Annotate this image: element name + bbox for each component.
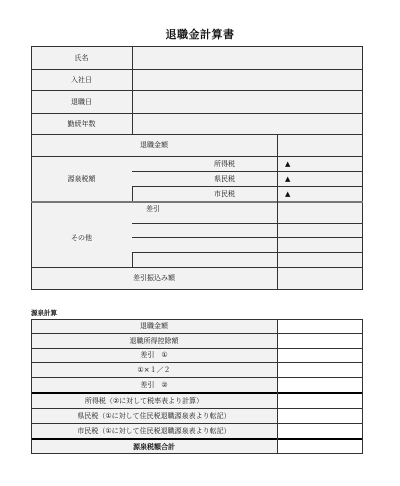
document-title: 退職金計算書 xyxy=(0,26,400,42)
calc-municipal-tax-value[interactable] xyxy=(277,423,362,438)
other-item-2-label[interactable] xyxy=(132,223,277,237)
prefectural-tax-label: 県民税 xyxy=(132,171,277,186)
border xyxy=(31,46,363,47)
calc-retirement-amount-value[interactable] xyxy=(277,319,362,333)
calc-income-tax-value[interactable] xyxy=(277,394,362,408)
calc-total-label: 源泉税額合計 xyxy=(31,440,277,453)
border xyxy=(132,171,363,172)
name-label: 氏名 xyxy=(31,46,132,69)
border xyxy=(31,267,363,268)
section-label: 源泉計算 xyxy=(31,308,57,317)
border xyxy=(31,438,363,440)
border xyxy=(31,362,363,363)
calc-half-value[interactable] xyxy=(277,362,362,377)
border xyxy=(31,90,363,91)
border xyxy=(277,134,278,290)
border xyxy=(132,237,363,238)
border xyxy=(31,201,363,203)
border xyxy=(31,319,32,454)
years-of-service-label: 勤続年数 xyxy=(31,113,132,134)
border xyxy=(31,289,363,290)
calc-deduction-value[interactable] xyxy=(277,333,362,348)
calc-half-label: ①×１／２ xyxy=(31,362,277,377)
prefectural-tax-value[interactable]: ▲ xyxy=(277,171,362,186)
border xyxy=(31,453,363,454)
other-label: その他 xyxy=(31,201,132,267)
border xyxy=(31,46,32,290)
years-of-service-value[interactable] xyxy=(132,113,362,134)
deduction-label: 差引 xyxy=(132,201,277,223)
retirement-amount-value[interactable] xyxy=(277,134,362,156)
border xyxy=(362,46,363,290)
border xyxy=(132,223,363,224)
other-item-4-label[interactable] xyxy=(132,252,277,267)
border xyxy=(31,423,363,424)
retire-date-value[interactable] xyxy=(132,90,362,113)
border xyxy=(31,69,363,70)
name-value[interactable] xyxy=(132,46,362,69)
border xyxy=(31,134,363,135)
calc-diff1-label: 差引 ① xyxy=(31,348,277,362)
border xyxy=(132,46,133,134)
calc-prefectural-tax-value[interactable] xyxy=(277,408,362,423)
calc-diff1-value[interactable] xyxy=(277,348,362,362)
border xyxy=(31,408,363,409)
deduction-value[interactable] xyxy=(277,201,362,223)
calc-retirement-amount-label: 退職金額 xyxy=(31,319,277,333)
income-tax-value[interactable]: ▲ xyxy=(277,156,362,171)
border xyxy=(132,252,133,267)
border xyxy=(31,377,363,378)
calc-income-tax-label: 所得税（②に対して税率表より計算） xyxy=(31,394,277,408)
withholding-label: 源泉税額 xyxy=(31,156,132,201)
calc-diff2-value[interactable] xyxy=(277,377,362,392)
calc-total-value[interactable] xyxy=(277,440,362,453)
border xyxy=(31,113,363,114)
net-transfer-label: 差引振込み額 xyxy=(31,267,277,289)
municipal-tax-label: 市民税 xyxy=(132,186,277,201)
border xyxy=(132,186,363,187)
border xyxy=(31,156,363,157)
hire-date-value[interactable] xyxy=(132,69,362,90)
border xyxy=(277,319,278,454)
other-item-3-value[interactable] xyxy=(277,237,362,252)
retirement-amount-label: 退職金額 xyxy=(31,134,277,156)
border xyxy=(362,319,363,454)
border xyxy=(132,252,363,253)
border xyxy=(31,319,363,320)
border xyxy=(31,392,363,394)
income-tax-label: 所得税 xyxy=(132,156,277,171)
hire-date-label: 入社日 xyxy=(31,69,132,90)
other-item-2-value[interactable] xyxy=(277,223,362,237)
calc-prefectural-tax-label: 県民税（①に対して住民税退職源泉表より転記） xyxy=(31,408,277,423)
border xyxy=(31,333,363,334)
border xyxy=(31,348,363,349)
calc-diff2-label: 差引 ② xyxy=(31,377,277,392)
municipal-tax-value[interactable]: ▲ xyxy=(277,186,362,201)
other-item-3-label[interactable] xyxy=(132,237,277,252)
net-transfer-value[interactable] xyxy=(277,267,362,289)
calc-deduction-label: 退職所得控除額 xyxy=(31,333,277,348)
other-item-4-value[interactable] xyxy=(277,252,362,267)
calc-municipal-tax-label: 市民税（①に対して住民税退職源泉表より転記） xyxy=(31,423,277,438)
border xyxy=(132,186,133,201)
retire-date-label: 退職日 xyxy=(31,90,132,113)
